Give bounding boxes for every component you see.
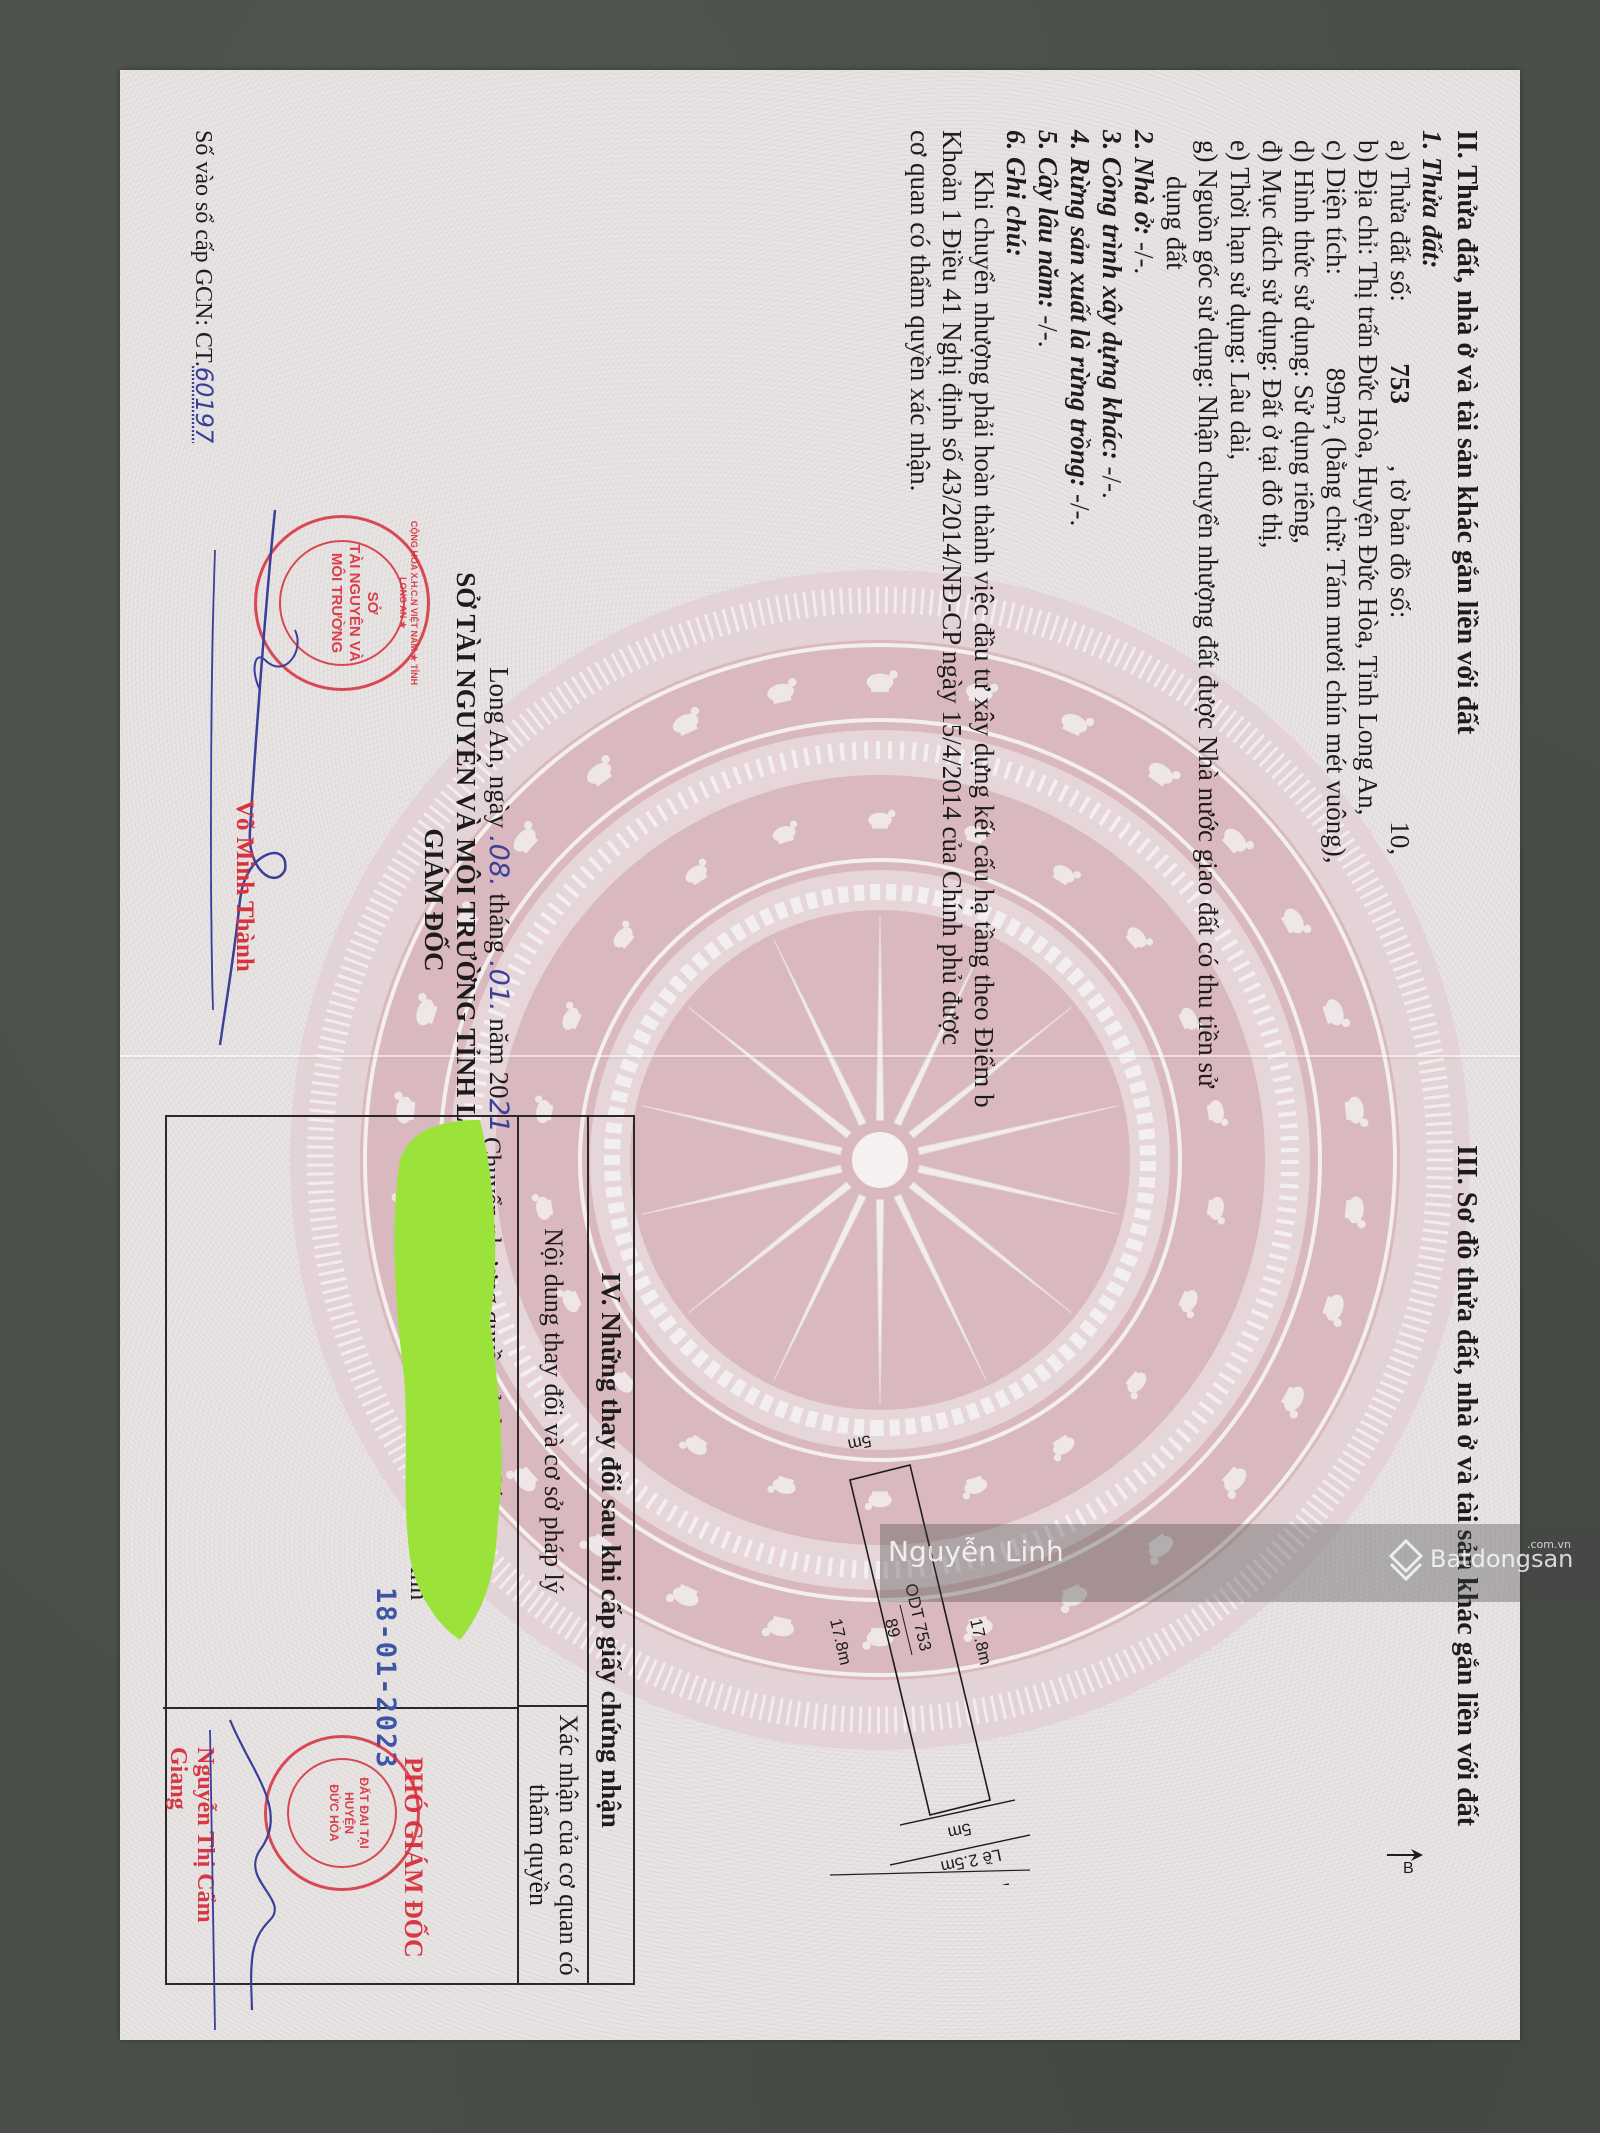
year-label: năm 20 <box>484 1018 514 1098</box>
term-row: e) Thời hạn sử dụng: Lâu dài, <box>1224 130 1256 1108</box>
issue-month: .01. <box>483 960 514 1012</box>
redaction-mark <box>360 1120 520 1640</box>
section-ii-title: II. Thửa đất, nhà ở và tài sản khác gắn … <box>1450 130 1482 734</box>
map-sheet-label: , tờ bản đồ số: <box>1385 465 1415 618</box>
notes-label: 6. Ghi chú: <box>1000 130 1032 1108</box>
purpose-value: Đất ở tại đô thị, <box>1257 379 1287 549</box>
other-works-row: 3. Công trình xây dựng khác: -/-. <box>1096 130 1128 1108</box>
parcel-label: a) Thửa đất số: <box>1385 140 1415 302</box>
house-label: 2. Nhà ở: <box>1129 130 1159 235</box>
section-iii-title: III. Sơ đồ thửa đất, nhà ở và tài sản kh… <box>1450 1145 1482 1826</box>
forest-value: -/-. <box>1065 494 1095 526</box>
director-name: Võ Minh Thành <box>228 800 260 972</box>
svg-text:5m: 5m <box>846 1431 873 1454</box>
address-row: b) Địa chỉ: Thị trấn Đức Hòa, Huyện Đức … <box>1352 130 1384 1108</box>
svg-text:Đường số 7 (nhựa 6m): Đường số 7 (nhựa 6m) <box>838 1879 1013 1885</box>
origin-label: g) Nguồn gốc sử dụng: <box>1193 140 1223 389</box>
house-row: 2. Nhà ở: -/-. <box>1128 130 1160 1108</box>
north-arrow-icon: B <box>1385 1825 1425 1885</box>
form-label: d) Hình thức sử dụng: <box>1289 140 1319 378</box>
svg-text:17.8m: 17.8m <box>966 1617 995 1667</box>
deputy-director-signature <box>200 1710 350 2040</box>
other-works-value: -/-. <box>1097 467 1127 499</box>
term-label: e) Thời hạn sử dụng: <box>1225 140 1255 365</box>
forest-row: 4. Rừng sản xuất là rừng trồng: -/-. <box>1064 130 1096 1108</box>
notes-line-2: Khoản 1 Điều 41 Nghị định số 43/2014/NĐ-… <box>936 130 968 1108</box>
svg-text:B: B <box>1403 1860 1414 1877</box>
registry-number: Số vào sổ cấp GCN: CT.60197 <box>187 130 220 443</box>
purpose-row: đ) Mục đích sử dụng: Đất ở tại đô thị, <box>1256 130 1288 1108</box>
land-certificate-paper: II. Thửa đất, nhà ở và tài sản khác gắn … <box>120 70 1520 2040</box>
svg-text:89: 89 <box>881 1617 904 1640</box>
land-plot-sketch: 17.8m 17.8m ODT 753 89 5m 5m Lề 2.5m Đườ… <box>780 1405 1100 1885</box>
notes-line-3: cơ quan có thẩm quyền xác nhận. <box>904 130 936 1108</box>
section-ii-body: 1. Thửa đất: a) Thửa đất số: 753 , tờ bả… <box>904 130 1448 1108</box>
area-row: c) Diện tích: 89m², (bằng chữ: Tám mươi … <box>1320 130 1352 1108</box>
other-works-label: 3. Công trình xây dựng khác: <box>1097 130 1127 460</box>
parcel-number: 753 <box>1384 309 1416 459</box>
area-label: c) Diện tích: <box>1321 140 1351 275</box>
origin-value-cont: dụng đất <box>1160 130 1192 1108</box>
land-heading: 1. Thửa đất: <box>1416 130 1448 1108</box>
address-value: Thị trấn Đức Hòa, Huyện Đức Hòa, Tỉnh Lo… <box>1353 262 1383 816</box>
perennial-value: -/-. <box>1033 315 1063 347</box>
notes-line-1: Khi chuyển nhượng phải hoàn thành việc đ… <box>968 130 1000 1108</box>
origin-value: Nhận chuyển nhượng đất được Nhà nước gia… <box>1193 395 1223 1087</box>
svg-text:17.8m: 17.8m <box>826 1617 855 1667</box>
house-value: -/-. <box>1129 242 1159 274</box>
forest-label: 4. Rừng sản xuất là rừng trồng: <box>1065 130 1095 487</box>
watermark-domain: .com.vn <box>1527 1538 1571 1551</box>
month-label: tháng <box>484 893 514 953</box>
issue-day: .08. <box>483 835 514 887</box>
batdongsan-logo-icon <box>1388 1538 1424 1582</box>
svg-text:5m: 5m <box>946 1819 973 1842</box>
registry-label: Số vào sổ cấp GCN: CT. <box>190 130 216 367</box>
parcel-row: a) Thửa đất số: 753 , tờ bản đồ số: 10, <box>1384 130 1416 1108</box>
area-value: 89m², (bằng chữ: Tám mươi chín mét vuông… <box>1321 282 1351 864</box>
form-value: Sử dụng riêng, <box>1289 385 1319 544</box>
section-iv-title: IV. Những thay đổi sau khi cấp giấy chứn… <box>587 1117 633 1983</box>
perennial-row: 5. Cây lâu năm: -/-. <box>1032 130 1064 1108</box>
origin-row: g) Nguồn gốc sử dụng: Nhận chuyển nhượng… <box>1192 130 1224 1108</box>
place-date-prefix: Long An, ngày <box>484 667 514 828</box>
map-sheet-number: 10, <box>1384 625 1416 855</box>
watermark-agent-name: Nguyễn Linh <box>888 1535 1064 1568</box>
col-header-confirmation: Xác nhận của cơ quan có thẩm quyền <box>517 1707 587 1983</box>
form-row: d) Hình thức sử dụng: Sử dụng riêng, <box>1288 130 1320 1108</box>
term-value: Lâu dài, <box>1225 372 1255 460</box>
address-label: b) Địa chỉ: <box>1353 140 1383 255</box>
registry-value: 60197 <box>190 367 218 443</box>
purpose-label: đ) Mục đích sử dụng: <box>1257 140 1287 372</box>
col-header-changes: Nội dung thay đổi và cơ sở pháp lý <box>517 1117 587 1707</box>
perennial-label: 5. Cây lâu năm: <box>1033 130 1063 309</box>
